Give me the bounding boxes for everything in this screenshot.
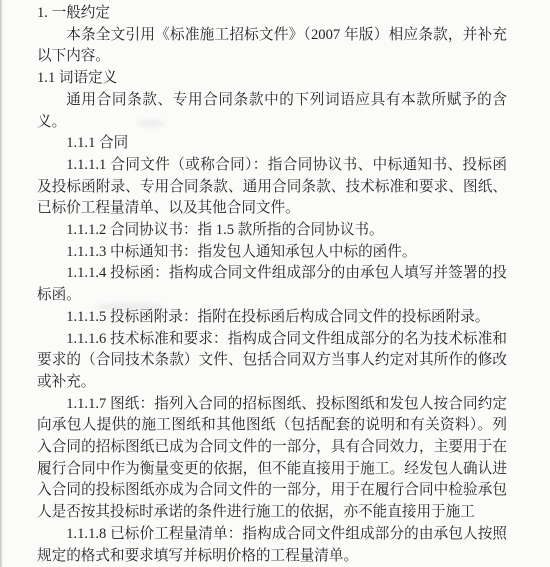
document-page: 1. 一般约定 本条全文引用《标准施工招标文件》（2007 年版）相应条款，并补… <box>0 0 550 567</box>
clause-1-1-1-8: 1.1.1.8 已标价工程量清单：指构成合同文件组成部分的由承包人按照规定的格式… <box>37 524 507 567</box>
clause-1-1-1: 1.1.1 合同 <box>37 133 507 155</box>
section-heading: 1. 一般约定 <box>37 3 507 25</box>
clause-1-1-1-6: 1.1.1.6 技术标准和要求：指构成合同文件组成部分的名为技术标准和要求的（合… <box>37 329 507 394</box>
clause-1-1-1-4: 1.1.1.4 投标函：指构成合同文件组成部分的由承包人填写并签署的投标函。 <box>37 263 507 306</box>
clause-1-1-1-5: 1.1.1.5 投标函附录：指附在投标函后构成合同文件的投标函附录。 <box>37 307 507 329</box>
clause-1-1-1-7: 1.1.1.7 图纸：指列入合同的招标图纸、投标图纸和发包人按合同约定向承包人提… <box>37 394 507 524</box>
clause-1-1-1-2: 1.1.1.2 合同协议书：指 1.5 款所指的合同协议书。 <box>37 220 507 242</box>
clause-1-1-1-1: 1.1.1.1 合同文件（或称合同）：指合同协议书、中标通知书、投标函及投标函附… <box>37 155 507 220</box>
paragraph-intro: 本条全文引用《标准施工招标文件》（2007 年版）相应条款，并补充以下内容。 <box>37 25 507 68</box>
clause-1-1-1-3: 1.1.1.3 中标通知书：指发包人通知承包人中标的函件。 <box>37 242 507 264</box>
paragraph-definitions-intro: 通用合同条款、专用合同条款中的下列词语应具有本款所赋予的含义。 <box>37 90 507 133</box>
subsection-heading: 1.1 词语定义 <box>37 68 507 90</box>
scan-edge-shadow <box>0 0 3 567</box>
